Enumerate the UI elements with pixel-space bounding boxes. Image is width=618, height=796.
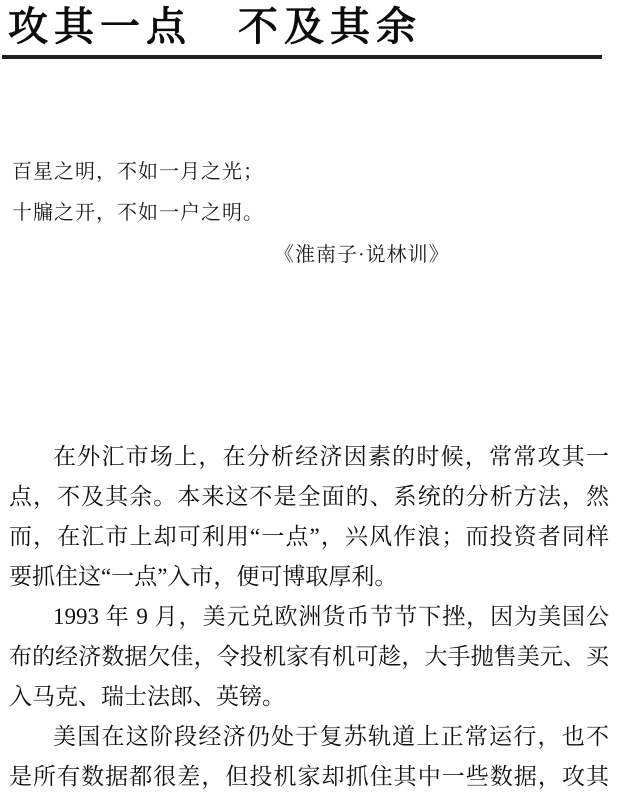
paragraph-line: 而，在汇市上却可利用“一点”，兴风作浪；而投资者同样 xyxy=(9,517,609,557)
epigraph: 百星之明，不如一月之光； 十牖之开，不如一户之明。 《淮南子·说林训》 xyxy=(12,152,572,276)
paragraph-line: 在外汇市场上，在分析经济因素的时候，常常攻其一 xyxy=(9,437,609,477)
title-divider-rule xyxy=(2,55,602,59)
paragraph-line: 入马克、瑞士法郎、英镑。 xyxy=(9,677,609,717)
epigraph-line: 十牖之开，不如一户之明。 xyxy=(12,193,572,234)
paragraph-line: 要抓住这“一点”入市，便可博取厚利。 xyxy=(9,557,609,597)
paragraph-line: 点，不及其余。本来这不是全面的、系统的分析方法，然 xyxy=(9,477,609,517)
paragraph-line: 是所有数据都很差，但投机家却抓住其中一些数据，攻其 xyxy=(9,757,609,796)
paragraph-line: 布的经济数据欠佳，令投机家有机可趁，大手抛售美元、买 xyxy=(9,637,609,677)
paragraph-line: 美国在这阶段经济仍处于复苏轨道上正常运行，也不 xyxy=(9,717,609,757)
book-page: 攻其一点 不及其余 百星之明，不如一月之光； 十牖之开，不如一户之明。 《淮南子… xyxy=(0,0,618,796)
page-title: 攻其一点 不及其余 xyxy=(8,0,422,54)
epigraph-attribution: 《淮南子·说林训》 xyxy=(274,235,572,276)
paragraph-line: 1993 年 9 月，美元兑欧洲货币节节下挫，因为美国公 xyxy=(9,597,609,637)
body-text: 在外汇市场上，在分析经济因素的时候，常常攻其一 点，不及其余。本来这不是全面的、… xyxy=(9,437,609,796)
epigraph-line: 百星之明，不如一月之光； xyxy=(12,152,572,193)
